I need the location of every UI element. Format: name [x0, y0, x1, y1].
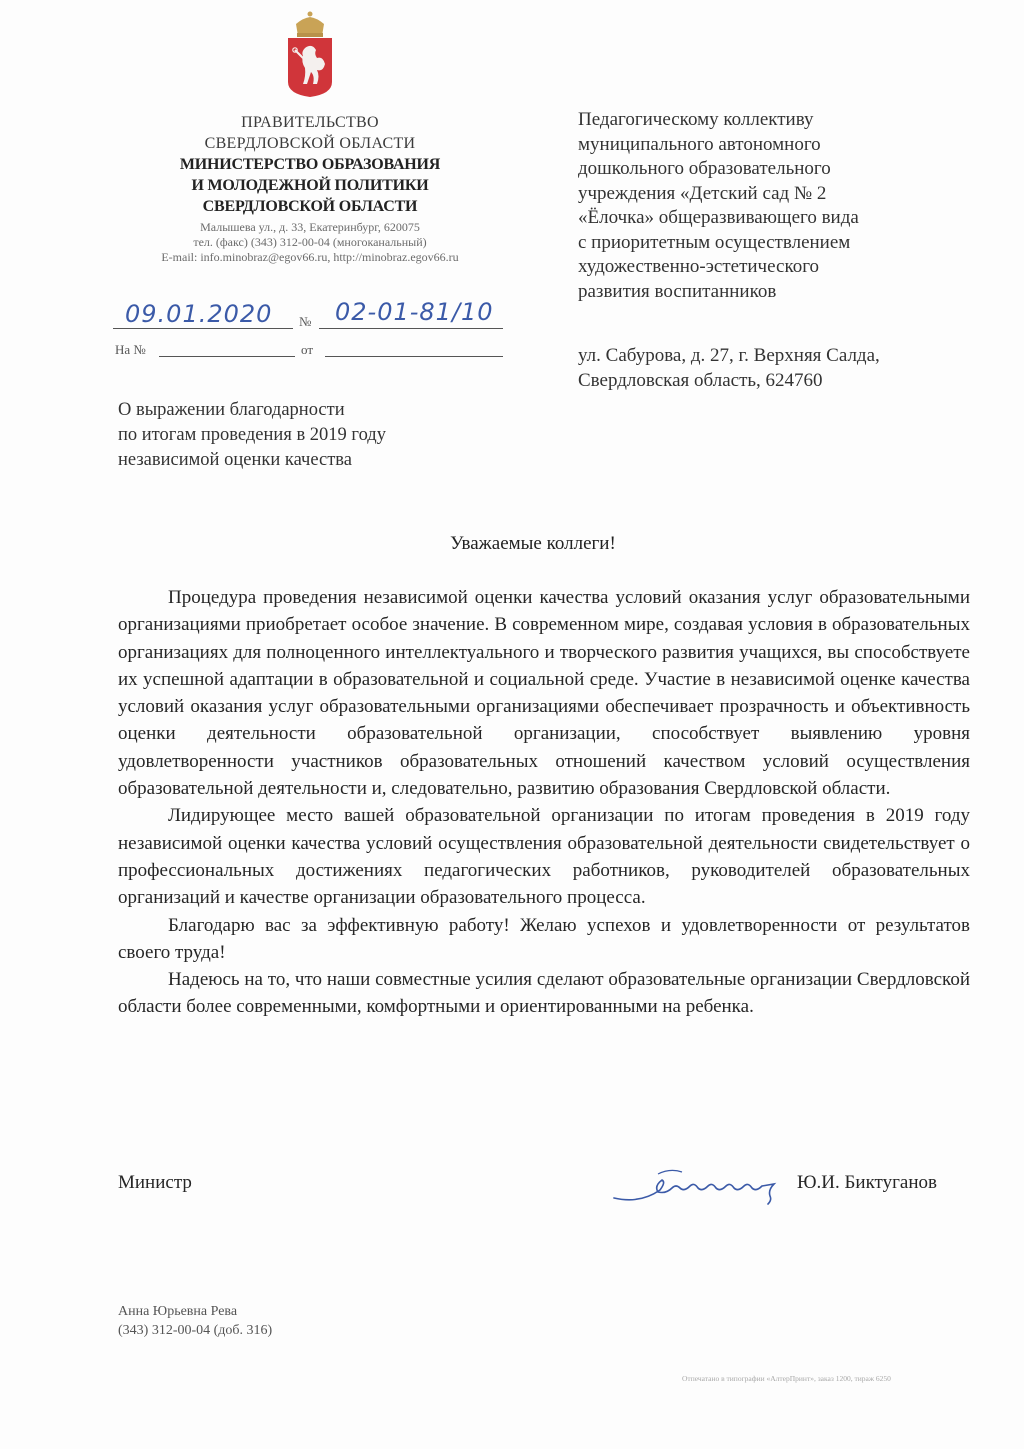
- addressee-line: муниципального автономного: [578, 133, 998, 158]
- number-label: №: [299, 314, 311, 330]
- letter-body: Процедура проведения независимой оценки …: [118, 584, 970, 1021]
- addressee-line: Педагогическому коллективу: [578, 108, 998, 133]
- signer-name: Ю.И. Биктуганов: [797, 1172, 937, 1194]
- reply-to-label: На №: [115, 342, 146, 358]
- addressee: Педагогическому коллективу муниципальног…: [578, 108, 998, 304]
- addressee-line: учреждения «Детский сад № 2: [578, 182, 998, 207]
- addressee-address: ул. Сабурова, д. 27, г. Верхняя Салда, С…: [578, 344, 998, 393]
- greeting: Уважаемые коллеги!: [0, 533, 1024, 555]
- registration-number: 02-01-81/10: [335, 298, 494, 326]
- number-underline: [319, 328, 503, 329]
- ministry-email: E-mail: info.minobraz@egov66.ru, http://…: [105, 250, 515, 265]
- executor-info: Анна Юрьевна Рева (343) 312-00-04 (доб. …: [118, 1302, 272, 1340]
- letterhead: ПРАВИТЕЛЬСТВО СВЕРДЛОВСКОЙ ОБЛАСТИ МИНИС…: [105, 112, 515, 265]
- executor-phone: (343) 312-00-04 (доб. 316): [118, 1321, 272, 1340]
- ministry-contacts: Малышева ул., д. 33, Екатеринбург, 62007…: [105, 220, 515, 265]
- addressee-line: дошкольного образовательного: [578, 157, 998, 182]
- registration-date: 09.01.2020: [125, 300, 272, 328]
- print-info: Отпечатано в типографии «АлтерПринт», за…: [682, 1374, 891, 1383]
- registration-line: 09.01.2020 № 02-01-81/10: [113, 298, 503, 332]
- addressee-line: развития воспитанников: [578, 280, 998, 305]
- subject-line: независимой оценки качества: [118, 448, 498, 473]
- body-paragraph: Лидирующее место вашей образовательной о…: [118, 802, 970, 911]
- body-paragraph: Процедура проведения независимой оценки …: [118, 584, 970, 802]
- ministry-phone: тел. (факс) (343) 312-00-04 (многоканаль…: [105, 235, 515, 250]
- date-underline: [113, 328, 293, 329]
- ministry-name-line-1: МИНИСТЕРСТВО ОБРАЗОВАНИЯ: [105, 154, 515, 175]
- reply-to-underline: [159, 356, 295, 357]
- signer-position: Министр: [118, 1172, 192, 1194]
- addressee-line: «Ёлочка» общеразвивающего вида: [578, 206, 998, 231]
- government-name-line-1: ПРАВИТЕЛЬСТВО: [105, 112, 515, 133]
- coat-of-arms-icon: [279, 10, 341, 98]
- from-underline: [325, 356, 503, 357]
- letter-subject: О выражении благодарности по итогам пров…: [118, 398, 498, 473]
- handwritten-signature-icon: [610, 1160, 785, 1210]
- subject-line: О выражении благодарности: [118, 398, 498, 423]
- addressee-line: художественно-эстетического: [578, 255, 998, 280]
- ministry-address: Малышева ул., д. 33, Екатеринбург, 62007…: [105, 220, 515, 235]
- body-paragraph: Благодарю вас за эффективную работу! Жел…: [118, 912, 970, 967]
- executor-name: Анна Юрьевна Рева: [118, 1302, 272, 1321]
- reply-to-line: На № от: [113, 340, 503, 362]
- ministry-name-line-3: СВЕРДЛОВСКОЙ ОБЛАСТИ: [105, 196, 515, 217]
- from-label: от: [301, 342, 313, 358]
- addressee-line: с приоритетным осуществлением: [578, 231, 998, 256]
- subject-line: по итогам проведения в 2019 году: [118, 423, 498, 448]
- address-line: ул. Сабурова, д. 27, г. Верхняя Салда,: [578, 344, 998, 369]
- government-name-line-2: СВЕРДЛОВСКОЙ ОБЛАСТИ: [105, 133, 515, 154]
- ministry-name-line-2: И МОЛОДЕЖНОЙ ПОЛИТИКИ: [105, 175, 515, 196]
- address-line: Свердловская область, 624760: [578, 369, 998, 394]
- body-paragraph: Надеюсь на то, что наши совместные усили…: [118, 966, 970, 1021]
